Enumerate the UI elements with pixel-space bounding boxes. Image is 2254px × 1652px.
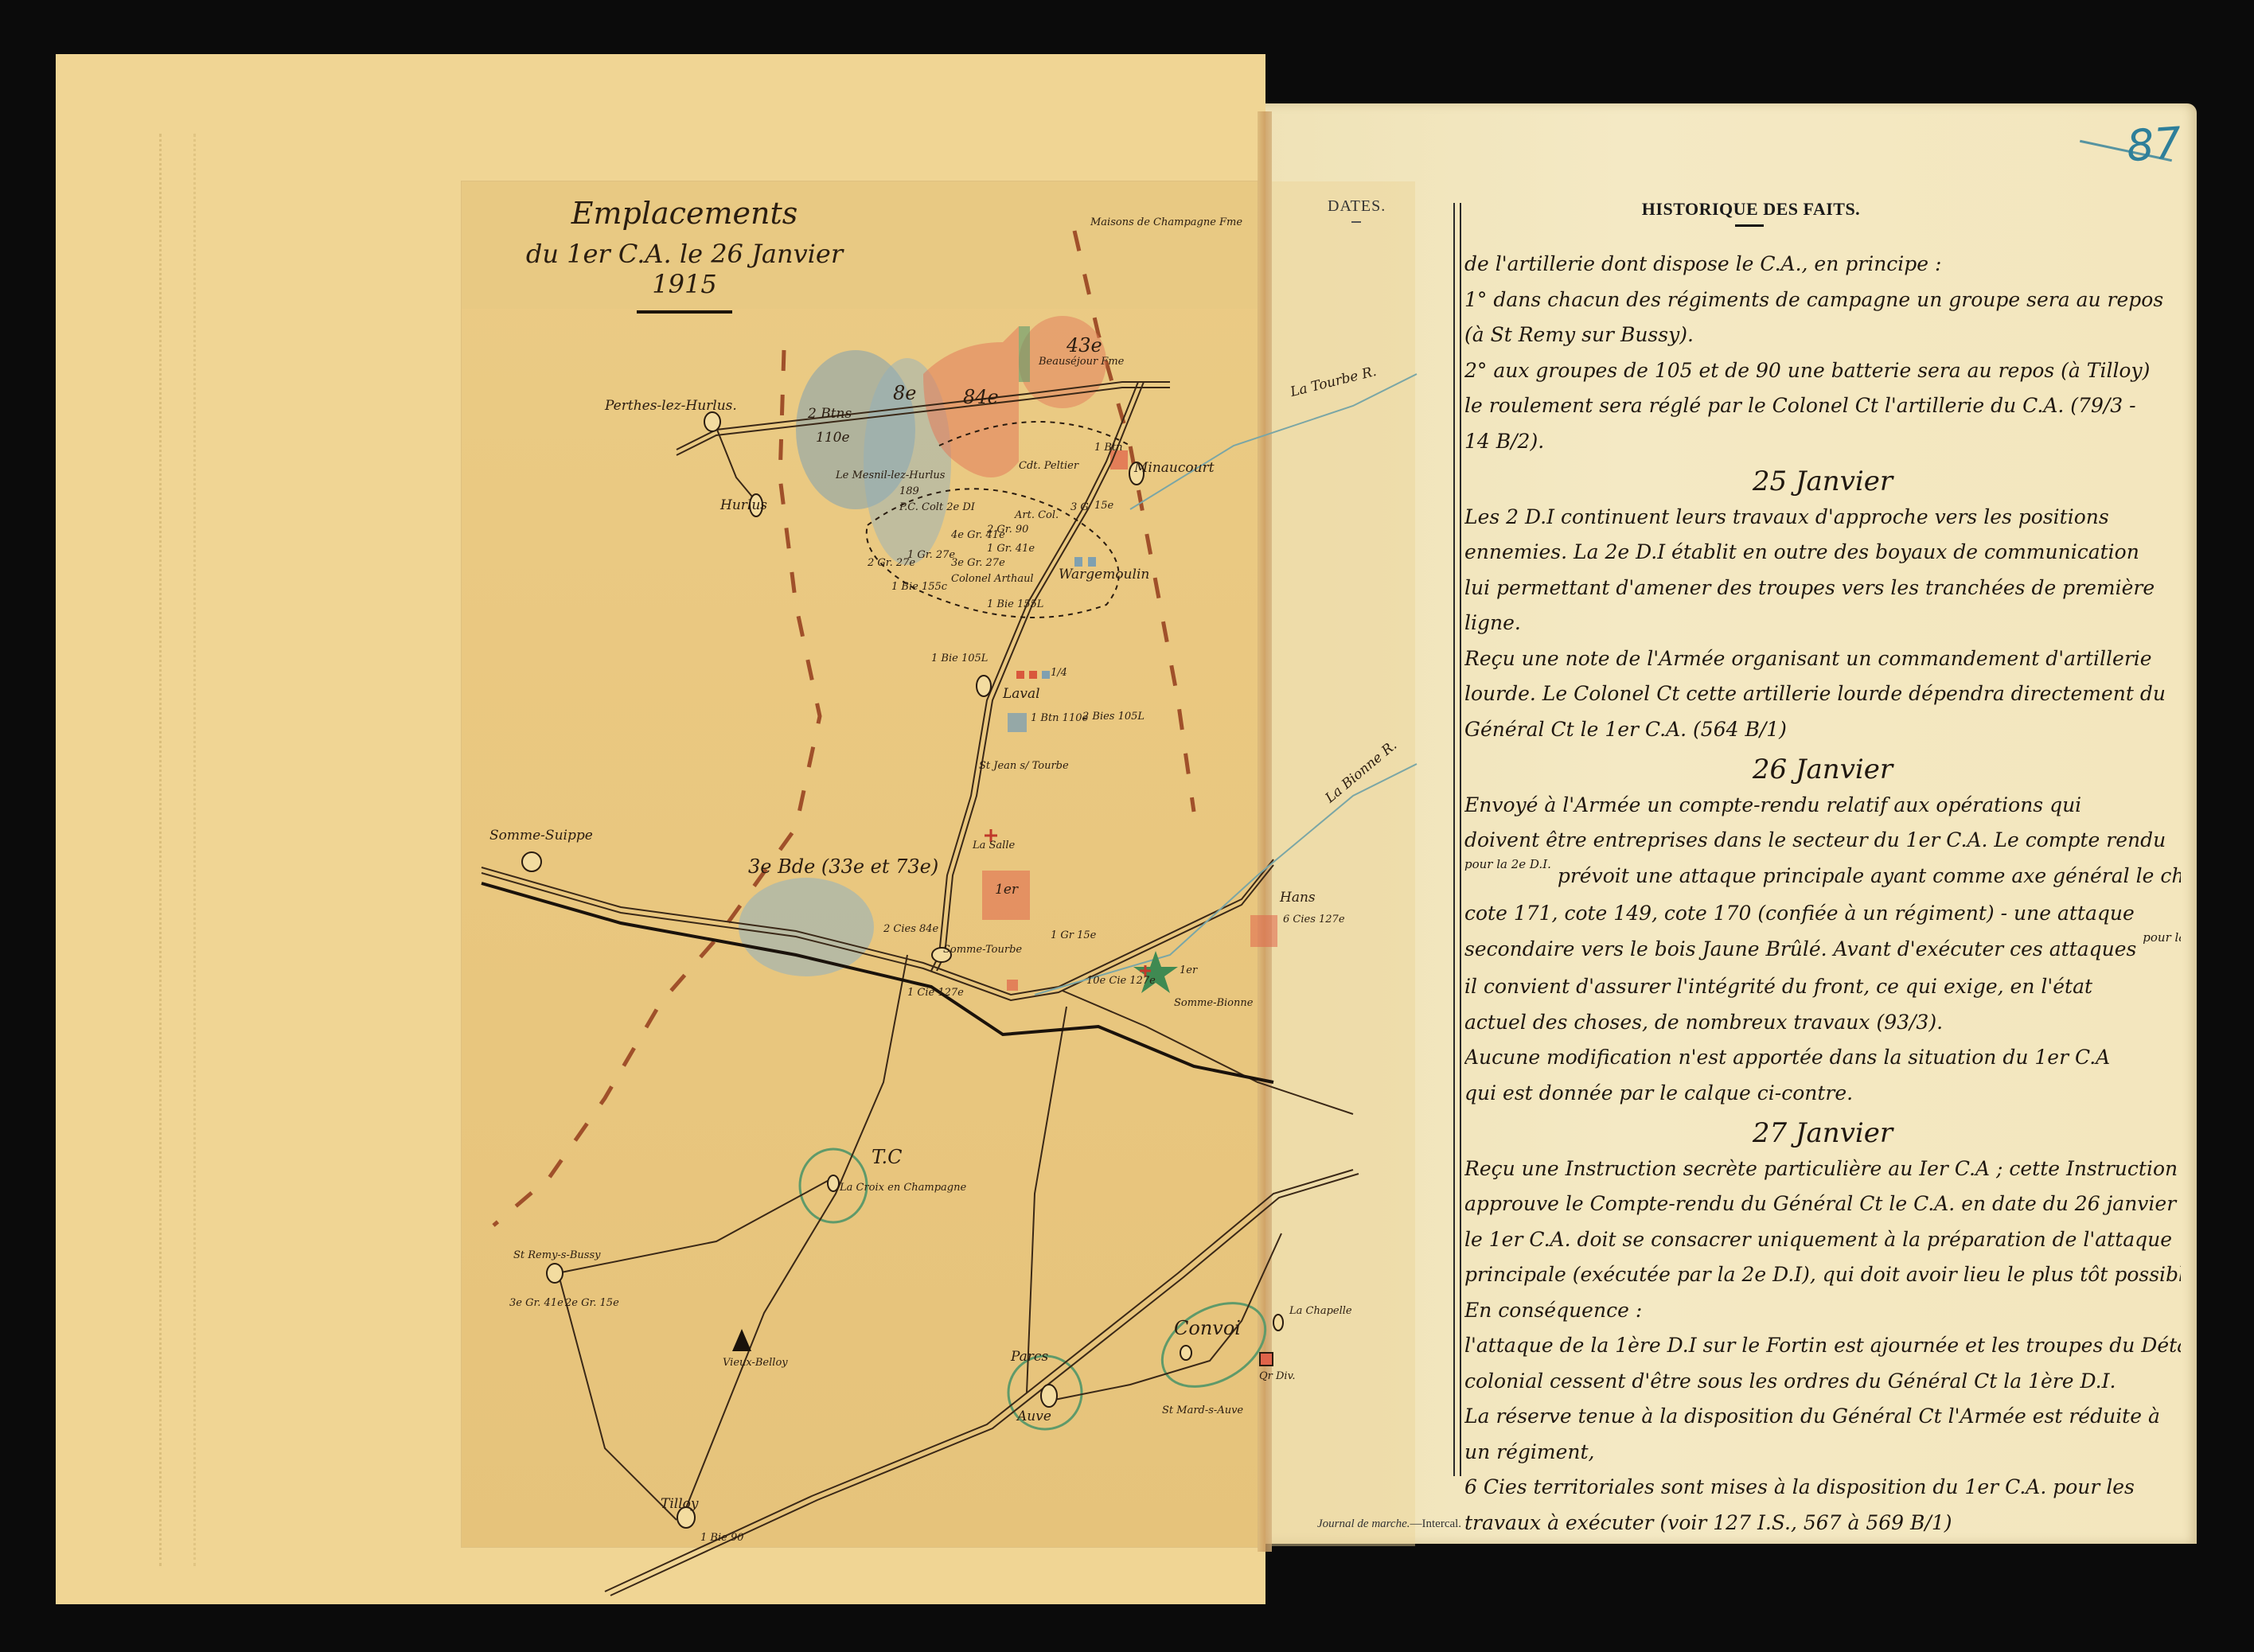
map-label: 8e bbox=[893, 382, 916, 404]
interlinear-annotation: pour la 2e D.I. bbox=[1464, 859, 1551, 871]
map-label: Laval bbox=[1003, 686, 1040, 702]
map-label: Hurlus bbox=[720, 497, 767, 513]
map-label: 3e Gr. 27e bbox=[951, 557, 1005, 569]
text-line: approuve le Compte-rendu du Général Ct l… bbox=[1464, 1186, 2181, 1222]
map-label: 1 Cie 127e bbox=[907, 987, 964, 999]
journal-entries: de l'artillerie dont dispose le C.A., en… bbox=[1464, 247, 2181, 1541]
text-line: ennemies. La 2e D.I établit en outre des… bbox=[1464, 535, 2181, 571]
text-line: La réserve tenue à la disposition du Gén… bbox=[1464, 1399, 2181, 1435]
interlinear-annotation: pour la 1ère D.I une attaque vers le Boi… bbox=[2143, 932, 2181, 945]
map-label: Parcs bbox=[1011, 1349, 1048, 1365]
column-rule bbox=[1453, 203, 1461, 1476]
text-line: 1° dans chacun des régiments de campagne… bbox=[1464, 282, 2181, 318]
map-title-line2: du 1er C.A. le 26 Janvier 1915 bbox=[509, 239, 860, 299]
map-label: Somme-Suippe bbox=[489, 828, 593, 844]
text-line: travaux à exécuter (voir 127 I.S., 567 à… bbox=[1464, 1506, 2181, 1541]
map-label: Hans bbox=[1280, 890, 1316, 906]
text-line: l'attaque de la 1ère D.I sur le Fortin e… bbox=[1464, 1328, 2181, 1364]
map-label: 2 Bies 105L bbox=[1082, 711, 1145, 723]
text-line: lui permettant d'amener des troupes vers… bbox=[1464, 571, 2181, 606]
map-label: St Remy-s-Bussy bbox=[513, 1249, 600, 1261]
text-line: secondaire vers le bois Jaune Brûlé. Ava… bbox=[1464, 932, 2181, 970]
text-line: colonial cessent d'être sous les ordres … bbox=[1464, 1364, 2181, 1400]
map-label: La Chapelle bbox=[1289, 1305, 1352, 1317]
map-label: Colonel Arthaul bbox=[951, 573, 1034, 585]
text-line: un régiment, bbox=[1464, 1435, 2181, 1471]
map-label: Vieux-Belloy bbox=[723, 1357, 788, 1369]
text-line: le roulement sera réglé par le Colonel C… bbox=[1464, 388, 2181, 424]
text-line: En conséquence : bbox=[1464, 1293, 2181, 1329]
map-label: St Mard-s-Auve bbox=[1162, 1405, 1243, 1416]
map-label: 1 Gr 15e bbox=[1051, 929, 1096, 941]
map-label: La Salle bbox=[973, 840, 1015, 851]
map-label: Perthes-lez-Hurlus. bbox=[605, 398, 737, 414]
text-line: ligne. bbox=[1464, 606, 2181, 641]
map-label: 2 Gr. 90 bbox=[987, 524, 1028, 536]
map-label: 3e Gr. 41e bbox=[509, 1297, 563, 1309]
map-label: Art. Col. bbox=[1015, 509, 1059, 521]
text-line: (à St Remy sur Bussy). bbox=[1464, 318, 2181, 353]
map-label: 1 Btn 110e bbox=[1031, 712, 1088, 724]
map-label: 3 G bbox=[1070, 501, 1089, 513]
text-line-content: prévoit une attaque principale ayant com… bbox=[1558, 864, 2181, 887]
page-number: 87 bbox=[2125, 118, 2183, 172]
text-line: 6 Cies territoriales sont mises à la dis… bbox=[1464, 1470, 2181, 1506]
map-label: 110e bbox=[816, 430, 850, 446]
text-line: Général Ct le 1er C.A. (564 B/1) bbox=[1464, 712, 2181, 748]
text-line: Aucune modification n'est apportée dans … bbox=[1464, 1040, 2181, 1076]
text-line: actuel des choses, de nombreux travaux (… bbox=[1464, 1005, 2181, 1041]
date-heading-26: 26 Janvier bbox=[1464, 752, 2181, 788]
text-line: qui est donnée par le calque ci-contre. bbox=[1464, 1076, 2181, 1112]
map-label: 1 Bie 90 bbox=[700, 1532, 743, 1544]
map-label: Tilloy bbox=[661, 1496, 699, 1512]
map-label: 1 Bie 105L bbox=[931, 653, 988, 664]
map-label: Wargemoulin bbox=[1059, 567, 1149, 582]
text-line: de l'artillerie dont dispose le C.A., en… bbox=[1464, 247, 2181, 282]
map-label: 15e bbox=[1094, 500, 1113, 512]
footer-journal-label: Journal de marche. bbox=[1317, 1518, 1410, 1530]
date-heading-25: 25 Janvier bbox=[1464, 464, 2181, 500]
map-label: Qr Div. bbox=[1259, 1370, 1296, 1382]
map-label: St Jean s/ Tourbe bbox=[979, 760, 1069, 772]
date-heading-27: 27 Janvier bbox=[1464, 1116, 2181, 1151]
map-label: 1 Bie 155c bbox=[891, 581, 947, 593]
text-line: 2° aux groupes de 105 et de 90 une batte… bbox=[1464, 353, 2181, 389]
map-label: 1er bbox=[1180, 964, 1197, 976]
embossed-watermark bbox=[159, 134, 196, 1566]
map-label: La Croix en Champagne bbox=[840, 1182, 966, 1194]
text-line: Reçu une Instruction secrète particulièr… bbox=[1464, 1151, 2181, 1187]
text-line: Envoyé à l'Armée un compte-rendu relatif… bbox=[1464, 788, 2181, 824]
dates-dash bbox=[1351, 221, 1361, 223]
map-label: 2 Btns bbox=[808, 406, 852, 422]
map-title-underline bbox=[637, 310, 732, 314]
map-label: 1/4 bbox=[1051, 667, 1067, 679]
map-label: 1er bbox=[995, 882, 1018, 898]
map-label: 189 bbox=[899, 485, 919, 497]
text-line: cote 171, cote 149, cote 170 (confiée à … bbox=[1464, 896, 2181, 932]
text-line: principale (exécutée par la 2e D.I), qui… bbox=[1464, 1257, 2181, 1293]
text-line-content: secondaire vers le bois Jaune Brûlé. Ava… bbox=[1464, 937, 2136, 960]
map-label: Le Mesnil-lez-Hurlus bbox=[836, 469, 945, 481]
map-label: Somme-Bionne bbox=[1174, 997, 1253, 1009]
printed-footer: Journal de marche.—Intercal. bbox=[1317, 1518, 1461, 1531]
section-header-rule bbox=[1735, 224, 1764, 227]
section-header: HISTORIQUE DES FAITS. bbox=[1560, 199, 1942, 220]
map-title: Emplacements du 1er C.A. le 26 Janvier 1… bbox=[509, 196, 860, 314]
map-label: 1 Bie 155L bbox=[987, 598, 1043, 610]
map-label: 1 Btn bbox=[1094, 442, 1123, 454]
dates-header: DATES. bbox=[1328, 197, 1386, 216]
map-label: Somme-Tourbe bbox=[943, 944, 1022, 956]
map-label: Beauséjour Fme bbox=[1039, 356, 1124, 368]
map-label: Cdt. Peltier bbox=[1019, 460, 1078, 472]
text-line: 14 B/2). bbox=[1464, 424, 2181, 460]
map-label: T.C bbox=[872, 1146, 902, 1168]
map-label: P.C. Colt 2e DI bbox=[899, 501, 975, 513]
text-line: il convient d'assurer l'intégrité du fro… bbox=[1464, 969, 2181, 1005]
map-label: 3e Bde (33e et 73e) bbox=[748, 855, 938, 878]
map-label: 6 Cies 127e bbox=[1283, 914, 1345, 925]
text-line: Reçu une note de l'Armée organisant un c… bbox=[1464, 641, 2181, 677]
map-label: 10e Cie 127e bbox=[1086, 975, 1156, 987]
binding-tape bbox=[1258, 111, 1272, 1552]
map-label: Auve bbox=[1017, 1408, 1051, 1424]
map-label: 84e bbox=[963, 386, 999, 408]
map-label: 1 Gr. 27e bbox=[907, 549, 955, 561]
map-title-line1: Emplacements bbox=[509, 196, 860, 231]
map-label: 2 Cies 84e bbox=[883, 923, 938, 935]
text-line: doivent être entreprises dans le secteur… bbox=[1464, 823, 2181, 859]
footer-intercal-label: —Intercal. bbox=[1410, 1518, 1462, 1530]
text-line: lourde. Le Colonel Ct cette artillerie l… bbox=[1464, 676, 2181, 712]
text-line: le 1er C.A. doit se consacrer uniquement… bbox=[1464, 1222, 2181, 1258]
map-label: Minaucourt bbox=[1134, 460, 1215, 476]
map-label: Maisons de Champagne Fme bbox=[1090, 216, 1242, 228]
map-label: 1 Gr. 41e bbox=[987, 543, 1035, 555]
map-label: Convoi bbox=[1174, 1317, 1241, 1339]
text-line: Les 2 D.I continuent leurs travaux d'app… bbox=[1464, 500, 2181, 536]
text-line: pour la 2e D.I. prévoit une attaque prin… bbox=[1464, 859, 2181, 897]
map-label: 2e Gr. 15e bbox=[565, 1297, 619, 1309]
map-label: 43e bbox=[1067, 334, 1102, 357]
